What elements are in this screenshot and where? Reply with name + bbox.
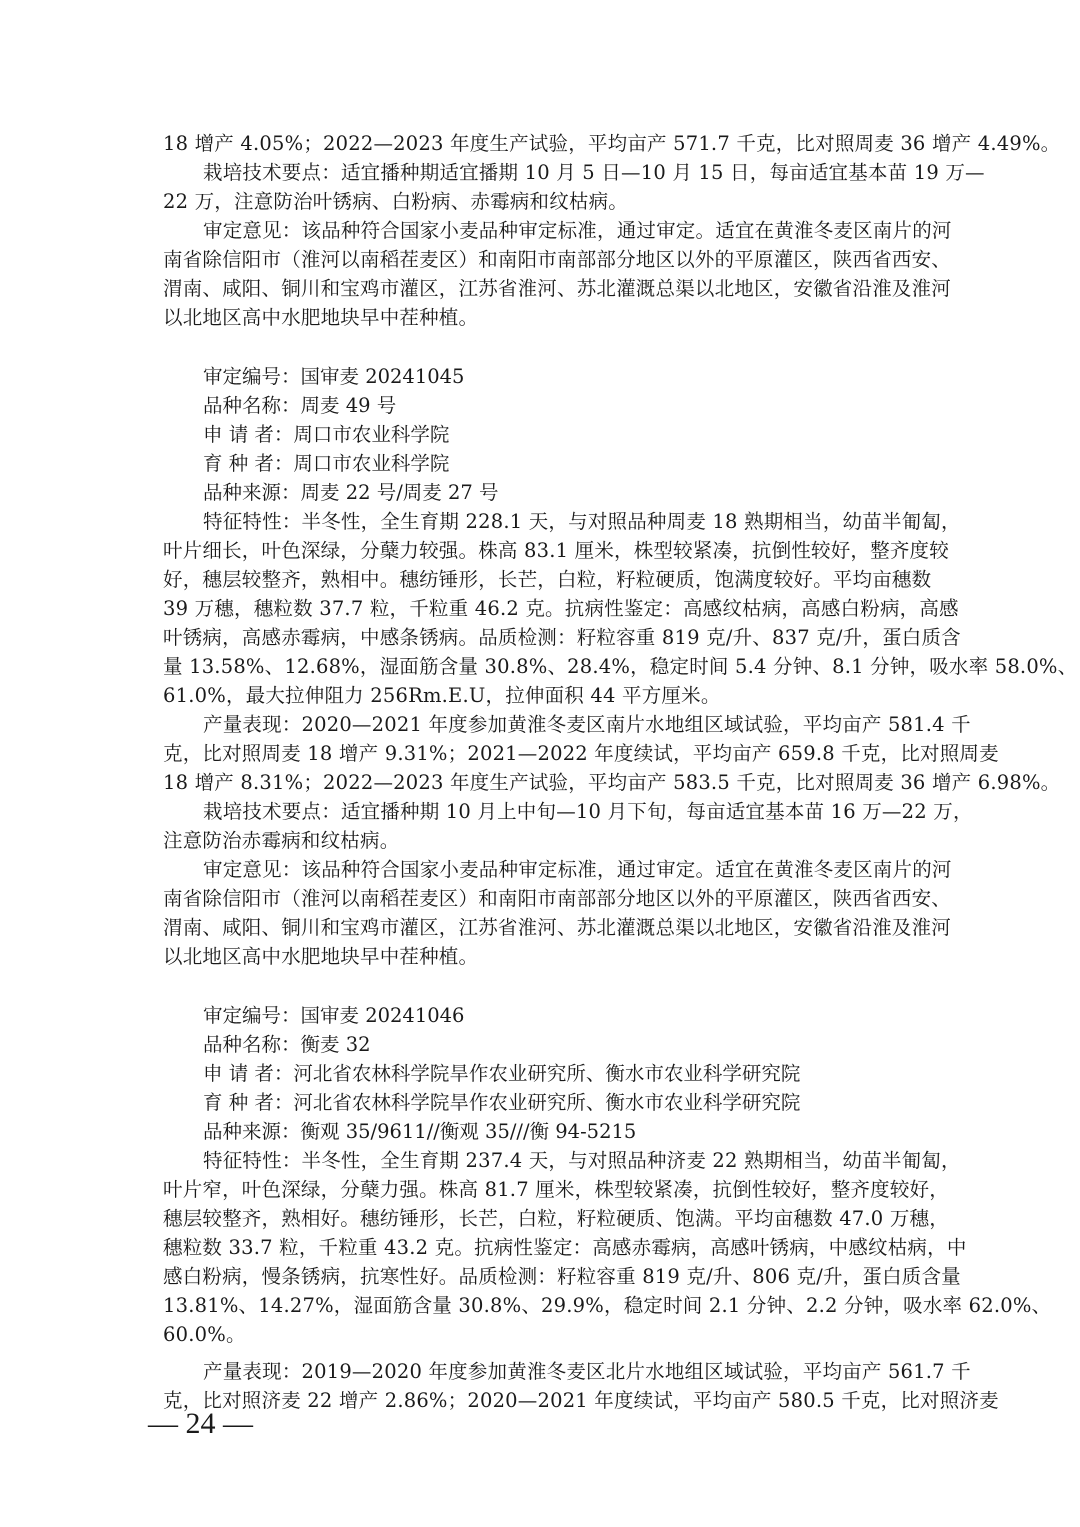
text-line: 克，比对照济麦 22 增产 2.86%；2020—2021 年度续试，平均亩产 … (163, 1386, 919, 1415)
text-line: 好，穗层较整齐，熟相中。穗纺锤形，长芒，白粒，籽粒硬质，饱满度较好。平均亩穗数 (163, 565, 919, 594)
document-page: 18 增产 4.05%；2022—2023 年度生产试验，平均亩产 571.7 … (163, 129, 919, 1415)
text-line: 克，比对照周麦 18 增产 9.31%；2021—2022 年度续试，平均亩产 … (163, 739, 919, 768)
paragraph-gap (163, 1349, 919, 1357)
continuation-cultivation: 栽培技术要点：适宜播种期适宜播期 10 月 5 日—10 月 15 日，每亩适宜… (163, 158, 919, 216)
entry-fields: 审定编号：国审麦 20241045 品种名称：周麦 49 号 申 请 者：周口市… (163, 362, 919, 507)
opinion-paragraph: 审定意见：该品种符合国家小麦品种审定标准，通过审定。适宜在黄淮冬麦区南片的河 南… (163, 855, 919, 971)
characteristics-paragraph: 特征特性：半冬性，全生育期 228.1 天，与对照品种周麦 18 熟期相当，幼苗… (163, 507, 919, 710)
cultivation-paragraph: 栽培技术要点：适宜播种期 10 月上中旬—10 月下旬，每亩适宜基本苗 16 万… (163, 797, 919, 855)
text-line: 穗层较整齐，熟相好。穗纺锤形，长芒，白粒，籽粒硬质、饱满。平均亩穗数 47.0 … (163, 1204, 919, 1233)
variety-source: 品种来源：周麦 22 号/周麦 27 号 (163, 478, 919, 507)
text-line: 感白粉病，慢条锈病，抗寒性好。品质检测：籽粒容重 819 克/升、806 克/升… (163, 1262, 919, 1291)
text-line: 叶片窄，叶色深绿，分蘖力强。株高 81.7 厘米，株型较紧凑，抗倒性较好，整齐度… (163, 1175, 919, 1204)
continuation-opinion: 审定意见：该品种符合国家小麦品种审定标准，通过审定。适宜在黄淮冬麦区南片的河 南… (163, 216, 919, 332)
applicant: 申 请 者：周口市农业科学院 (163, 420, 919, 449)
variety-entry-hengmai-32: 审定编号：国审麦 20241046 品种名称：衡麦 32 申 请 者：河北省农林… (163, 1001, 919, 1415)
text-line: 特征特性：半冬性，全生育期 237.4 天，与对照品种济麦 22 熟期相当，幼苗… (163, 1146, 919, 1175)
text-line: 穗粒数 33.7 粒，千粒重 43.2 克。抗病性鉴定：高感赤霉病，高感叶锈病，… (163, 1233, 919, 1262)
text-line: 南省除信阳市（淮河以南稻茬麦区）和南阳市南部部分地区以外的平原灌区，陕西省西安、 (163, 884, 919, 913)
text-line: 13.81%、14.27%，湿面筋含量 30.8%、29.9%，稳定时间 2.1… (163, 1291, 919, 1320)
text-line: 特征特性：半冬性，全生育期 228.1 天，与对照品种周麦 18 熟期相当，幼苗… (163, 507, 919, 536)
text-line: 22 万，注意防治叶锈病、白粉病、赤霉病和纹枯病。 (163, 187, 919, 216)
breeder: 育 种 者：周口市农业科学院 (163, 449, 919, 478)
text-line: 产量表现：2019—2020 年度参加黄淮冬麦区北片水地组区域试验，平均亩产 5… (163, 1357, 919, 1386)
text-line: 渭南、咸阳、铜川和宝鸡市灌区，江苏省淮河、苏北灌溉总渠以北地区，安徽省沿淮及淮河 (163, 913, 919, 942)
variety-entry-zhoumai-49: 审定编号：国审麦 20241045 品种名称：周麦 49 号 申 请 者：周口市… (163, 362, 919, 971)
text-line: 以北地区高中水肥地块早中茬种植。 (163, 303, 919, 332)
approval-number: 审定编号：国审麦 20241046 (163, 1001, 919, 1030)
variety-name: 品种名称：周麦 49 号 (163, 391, 919, 420)
continuation-yield: 18 增产 4.05%；2022—2023 年度生产试验，平均亩产 571.7 … (163, 129, 919, 158)
text-line: 以北地区高中水肥地块早中茬种植。 (163, 942, 919, 971)
text-line: 量 13.58%、12.68%，湿面筋含量 30.8%、28.4%，稳定时间 5… (163, 652, 919, 681)
variety-source: 品种来源：衡观 35/9611//衡观 35///衡 94-5215 (163, 1117, 919, 1146)
text-line: 栽培技术要点：适宜播种期适宜播期 10 月 5 日—10 月 15 日，每亩适宜… (163, 158, 919, 187)
text-line: 审定意见：该品种符合国家小麦品种审定标准，通过审定。适宜在黄淮冬麦区南片的河 (163, 216, 919, 245)
yield-paragraph: 产量表现：2019—2020 年度参加黄淮冬麦区北片水地组区域试验，平均亩产 5… (163, 1357, 919, 1415)
variety-name: 品种名称：衡麦 32 (163, 1030, 919, 1059)
text-line: 60.0%。 (163, 1320, 919, 1349)
text-line: 61.0%，最大拉伸阻力 256Rm.E.U，拉伸面积 44 平方厘米。 (163, 681, 919, 710)
text-line: 18 增产 8.31%；2022—2023 年度生产试验，平均亩产 583.5 … (163, 768, 919, 797)
text-line: 注意防治赤霉病和纹枯病。 (163, 826, 919, 855)
text-line: 南省除信阳市（淮河以南稻茬麦区）和南阳市南部部分地区以外的平原灌区，陕西省西安、 (163, 245, 919, 274)
text-line: 39 万穗，穗粒数 37.7 粒，千粒重 46.2 克。抗病性鉴定：高感纹枯病，… (163, 594, 919, 623)
applicant: 申 请 者：河北省农林科学院旱作农业研究所、衡水市农业科学研究院 (163, 1059, 919, 1088)
text-line: 叶锈病，高感赤霉病，中感条锈病。品质检测：籽粒容重 819 克/升、837 克/… (163, 623, 919, 652)
section-gap (163, 332, 919, 362)
text-line: 叶片细长，叶色深绿，分蘖力较强。株高 83.1 厘米，株型较紧凑，抗倒性较好，整… (163, 536, 919, 565)
page-number: — 24 — (148, 1406, 253, 1442)
text-line: 审定意见：该品种符合国家小麦品种审定标准，通过审定。适宜在黄淮冬麦区南片的河 (163, 855, 919, 884)
yield-paragraph: 产量表现：2020—2021 年度参加黄淮冬麦区南片水地组区域试验，平均亩产 5… (163, 710, 919, 797)
entry-fields: 审定编号：国审麦 20241046 品种名称：衡麦 32 申 请 者：河北省农林… (163, 1001, 919, 1146)
approval-number: 审定编号：国审麦 20241045 (163, 362, 919, 391)
characteristics-paragraph: 特征特性：半冬性，全生育期 237.4 天，与对照品种济麦 22 熟期相当，幼苗… (163, 1146, 919, 1349)
text-line: 18 增产 4.05%；2022—2023 年度生产试验，平均亩产 571.7 … (163, 129, 919, 158)
text-line: 产量表现：2020—2021 年度参加黄淮冬麦区南片水地组区域试验，平均亩产 5… (163, 710, 919, 739)
text-line: 栽培技术要点：适宜播种期 10 月上中旬—10 月下旬，每亩适宜基本苗 16 万… (163, 797, 919, 826)
text-line: 渭南、咸阳、铜川和宝鸡市灌区，江苏省淮河、苏北灌溉总渠以北地区，安徽省沿淮及淮河 (163, 274, 919, 303)
breeder: 育 种 者：河北省农林科学院旱作农业研究所、衡水市农业科学研究院 (163, 1088, 919, 1117)
section-gap (163, 971, 919, 1001)
